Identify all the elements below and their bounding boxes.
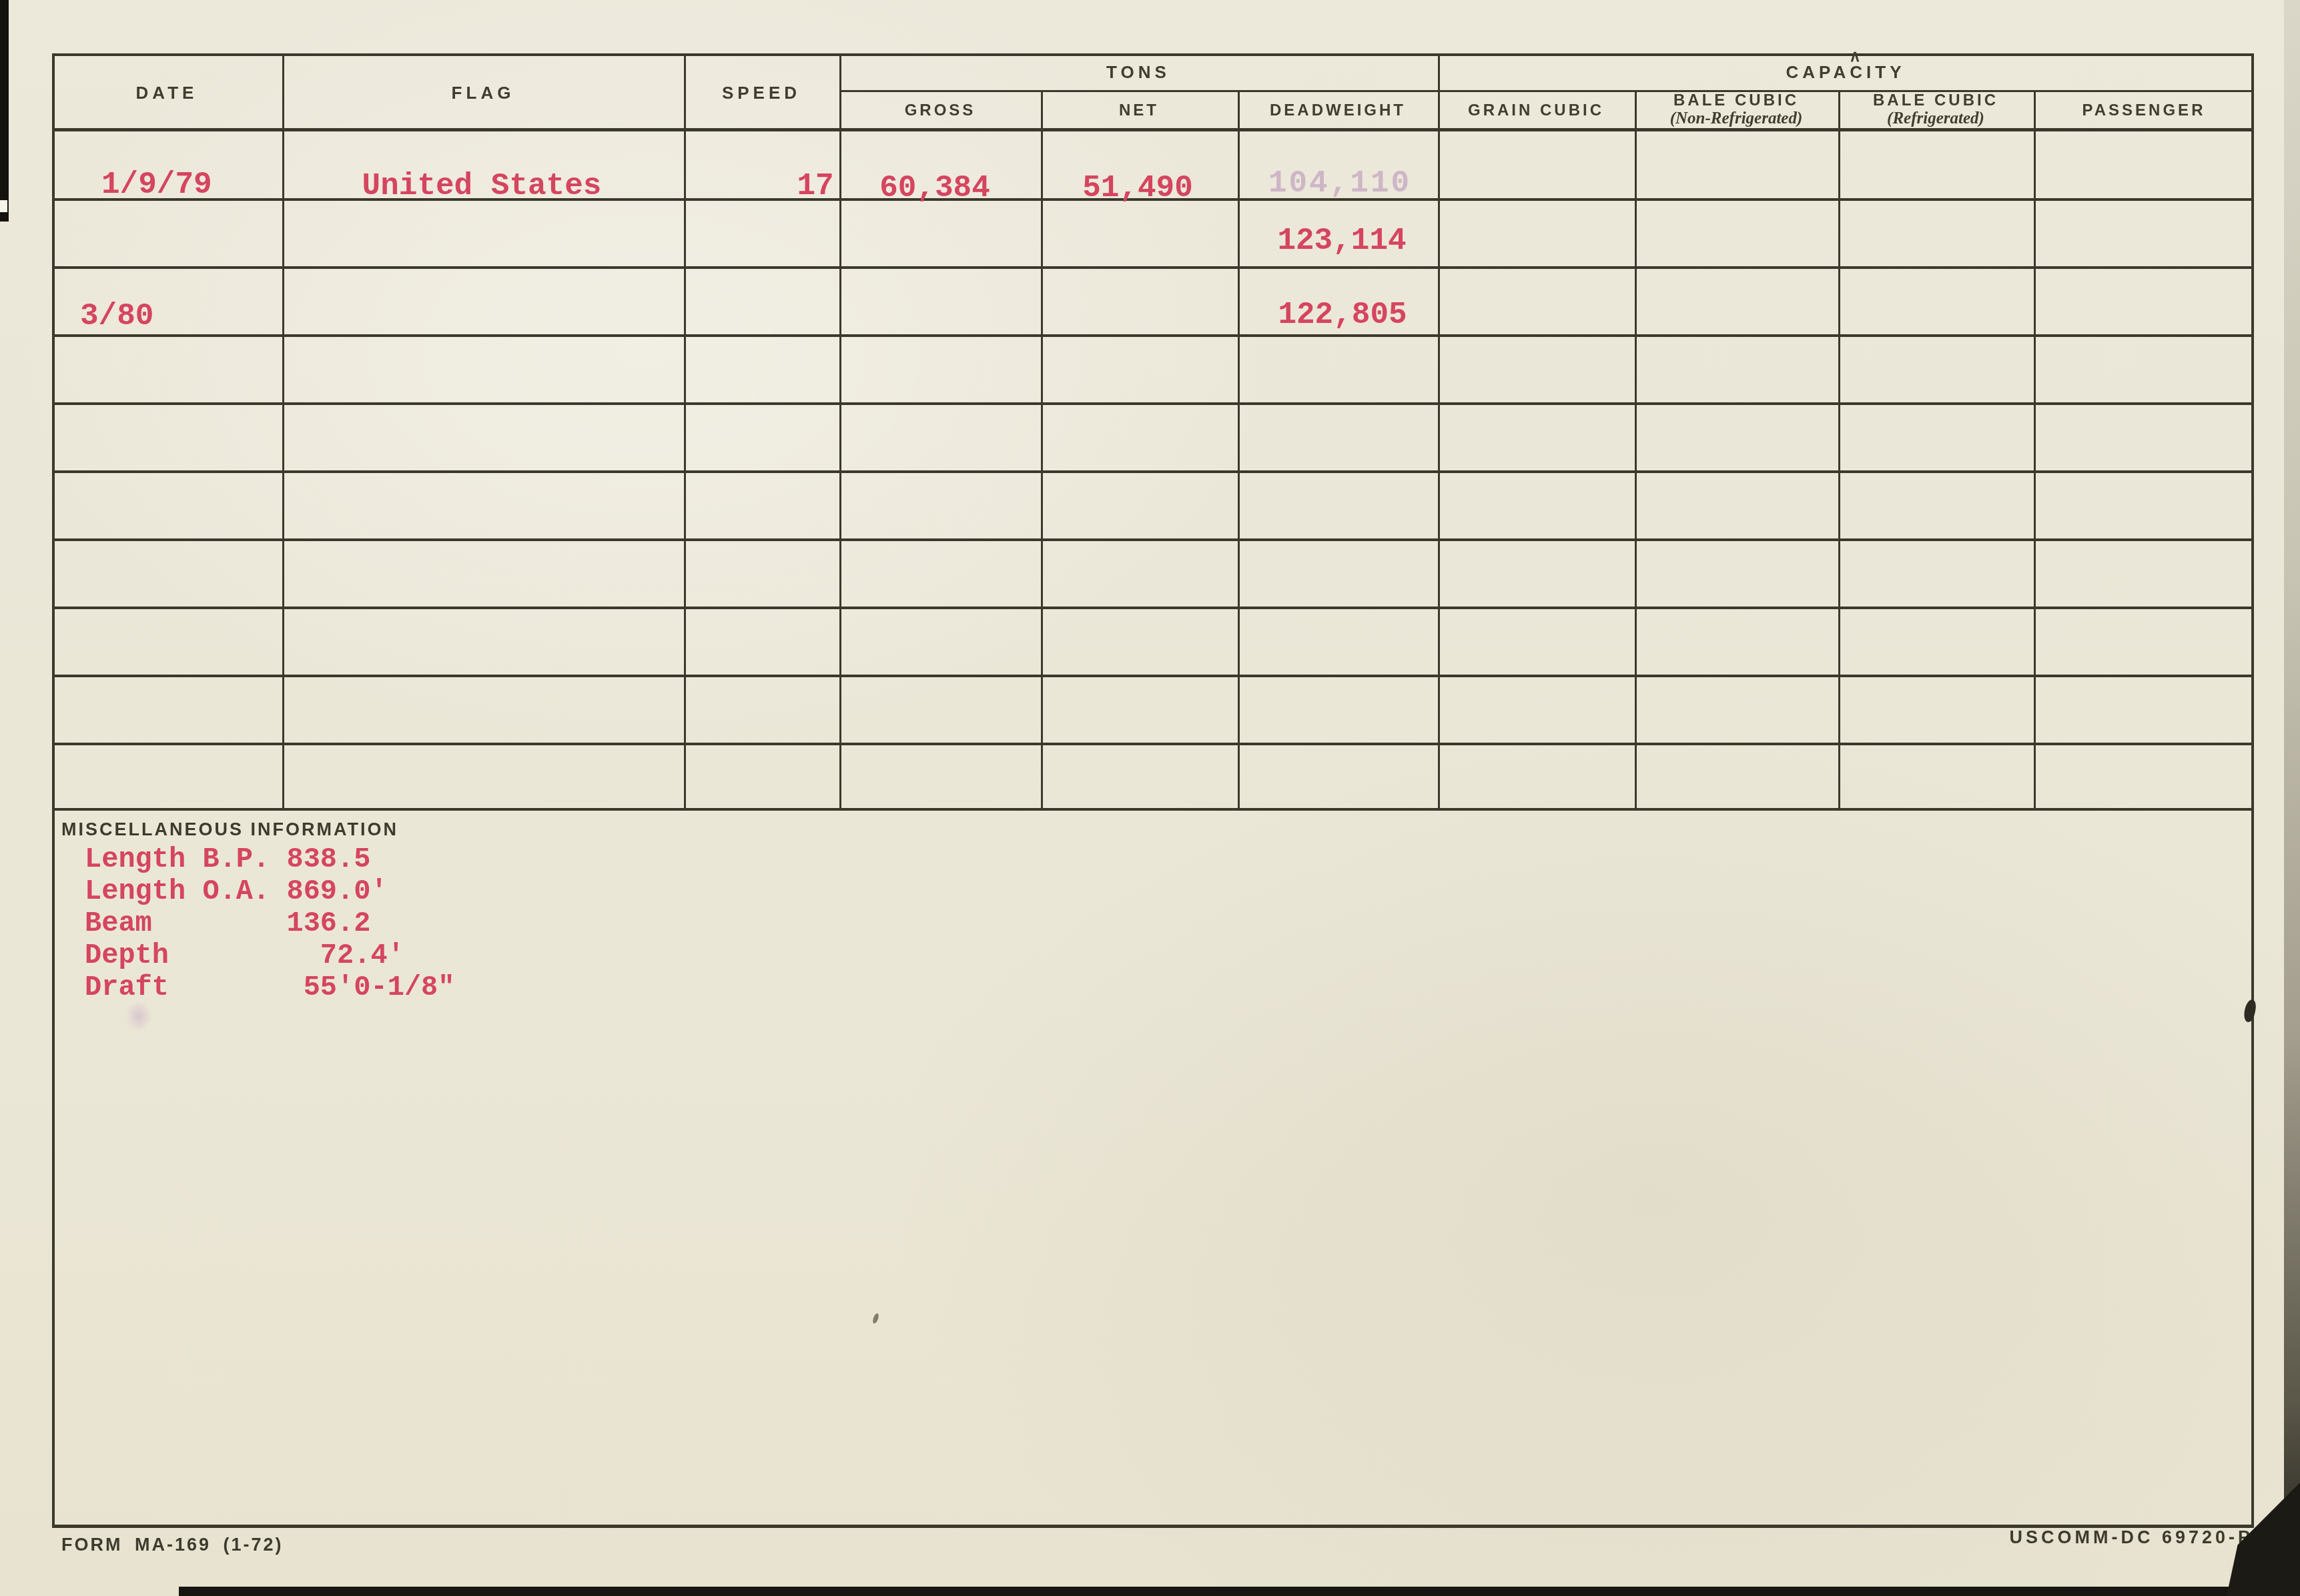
misc-line-depth: Depth 72.4'	[85, 939, 404, 971]
cell-row1-speed: 17	[797, 171, 833, 202]
col-rule-baler-passenger	[2034, 90, 2036, 811]
row-rule-3	[52, 334, 2254, 337]
col-rule-gross-net	[1041, 90, 1043, 811]
row-rule-8	[52, 675, 2254, 677]
header-bale-nonref-line1: BALE CUBIC	[1673, 91, 1799, 109]
col-rule-flag-speed	[684, 53, 686, 811]
row-rule-7	[52, 607, 2254, 609]
cell-row1-date: 1/9/79	[101, 169, 212, 200]
cell-row2-deadweight: 123,114	[1277, 226, 1406, 256]
header-flag: FLAG	[452, 83, 515, 103]
header-bale-nonref-line2: (Non-Refrigerated)	[1670, 109, 1803, 127]
header-grain-cubic: GRAIN CUBIC	[1468, 101, 1604, 120]
scan-edge-right	[2284, 0, 2300, 1596]
misc-section-title: MISCELLANEOUS INFORMATION	[61, 819, 398, 840]
row-rule-6	[52, 538, 2254, 541]
scan-edge-left	[0, 0, 9, 222]
cell-row1-net: 51,490	[1082, 173, 1193, 204]
group-header-divider	[839, 90, 2254, 92]
header-group-capacity: CAPACITY	[1786, 62, 1906, 83]
col-rule-grain-balenr	[1635, 90, 1637, 811]
misc-line-draft: Draft 55'0-1/8"	[85, 971, 455, 1004]
header-bottom-rule	[52, 128, 2254, 131]
scanned-form-page: DATE FLAG SPEED TONS CAPACITY ∧ GROSS NE…	[0, 0, 2300, 1596]
header-deadweight: DEADWEIGHT	[1270, 101, 1406, 120]
header-speed: SPEED	[722, 83, 801, 103]
table-outer-border	[52, 53, 2254, 811]
header-passenger: PASSENGER	[2082, 101, 2206, 120]
scan-edge-bottom	[179, 1587, 2300, 1596]
header-date: DATE	[136, 83, 198, 103]
form-number-label: FORM MA-169 (1-72)	[61, 1535, 284, 1555]
row-rule-9	[52, 743, 2254, 745]
misc-box-border	[52, 811, 2254, 1528]
header-group-tons: TONS	[1106, 62, 1170, 83]
cell-row3-date: 3/80	[80, 301, 153, 332]
col-rule-balenr-baler	[1838, 90, 1840, 811]
misc-line-beam: Beam 136.2	[85, 907, 370, 939]
cell-row1-flag: United States	[362, 171, 602, 202]
row-rule-2	[52, 266, 2254, 269]
header-bale-ref-line2: (Refrigerated)	[1873, 109, 1998, 127]
scan-edge-left-notch	[0, 200, 7, 212]
header-gross: GROSS	[905, 101, 976, 120]
cell-row3-deadweight: 122,805	[1278, 300, 1407, 330]
header-net: NET	[1119, 101, 1159, 120]
header-bale-ref-line1: BALE CUBIC	[1873, 91, 1998, 109]
cell-row1-deadweight-erased: 104,110	[1268, 168, 1411, 199]
misc-line-length-oa: Length O.A. 869.0'	[85, 875, 388, 907]
eraser-smudge	[125, 1001, 152, 1032]
cell-row1-gross: 60,384	[879, 173, 990, 204]
capacity-caret-mark: ∧	[1849, 47, 1861, 66]
col-rule-date-flag	[282, 53, 284, 811]
row-rule-5	[52, 470, 2254, 473]
col-rule-net-deadweight	[1238, 90, 1240, 811]
col-rule-speed-gross	[839, 53, 841, 811]
row-rule-4	[52, 402, 2254, 405]
header-bale-ref: BALE CUBIC (Refrigerated)	[1873, 91, 1998, 127]
col-rule-tons-capacity	[1438, 53, 1440, 811]
header-bale-nonref: BALE CUBIC (Non-Refrigerated)	[1670, 91, 1803, 127]
misc-line-length-bp: Length B.P. 838.5	[85, 843, 370, 875]
